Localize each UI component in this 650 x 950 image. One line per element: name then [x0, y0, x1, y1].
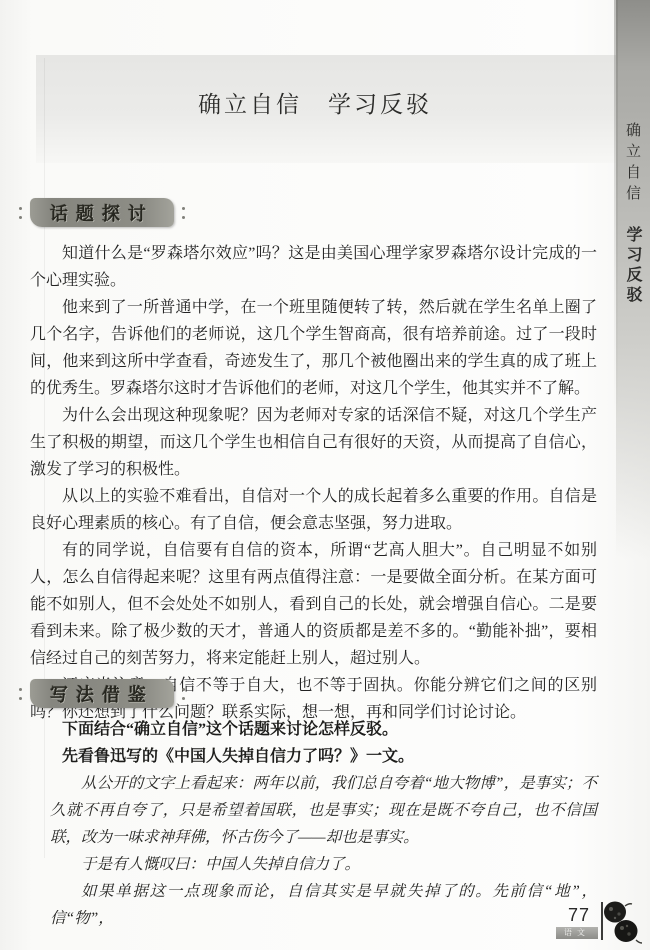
quote-paragraph: 于是有人慨叹曰：中国人失掉自信力了。: [50, 851, 597, 878]
page-number: 77: [568, 905, 590, 926]
subject-label: 语文: [556, 927, 598, 939]
section-badge-topic-discussion: 话题探讨: [30, 198, 174, 227]
intro-line: 先看鲁迅写的《中国人失掉自信力了吗？》一文。: [30, 743, 597, 770]
luxun-essay-quote: 从公开的文字上看起来：两年以前，我们总自夸着“地大物博”，是事实；不久就不再自夸…: [50, 770, 597, 932]
section-badge-writing-reference: 写法借鉴: [30, 679, 174, 708]
paragraph: 从以上的实验不难看出，自信对一个人的成长起着多么重要的作用。自信是良好心理素质的…: [30, 483, 597, 537]
topic-discussion-body: 知道什么是“罗森塔尔效应”吗？这是由美国心理学家罗森塔尔设计完成的一个心理实验。…: [30, 240, 597, 726]
section-badge-label: 话题探讨: [50, 200, 154, 226]
paragraph: 有的同学说，自信要有自信的资本，所谓“艺高人胆大”。自己明显不如别人，怎么自信得…: [30, 537, 597, 672]
paragraph: 知道什么是“罗森塔尔效应”吗？这是由美国心理学家罗森塔尔设计完成的一个心理实验。: [30, 240, 597, 294]
intro-line: 下面结合“确立自信”这个话题来讨论怎样反驳。: [30, 716, 597, 743]
writing-reference-body: 下面结合“确立自信”这个话题来讨论怎样反驳。 先看鲁迅写的《中国人失掉自信力了吗…: [30, 716, 597, 932]
page-title: 确立自信 学习反驳: [20, 86, 610, 119]
quote-paragraph: 从公开的文字上看起来：两年以前，我们总自夸着“地大物博”，是事实；不久就不再自夸…: [50, 770, 597, 851]
paragraph: 他来到了一所普通中学，在一个班里随便转了转，然后就在学生名单上圈了几个名字，告诉…: [30, 294, 597, 402]
section-badge-label: 写法借鉴: [50, 681, 154, 707]
paragraph: 为什么会出现这种现象呢？因为老师对专家的话深信不疑，对这几个学生产生了积极的期望…: [30, 402, 597, 483]
textbook-page: 确立自信 学习反驳 确立自信 学习反驳 话题探讨 知道什么是“罗森塔尔效应”吗？…: [0, 0, 650, 950]
side-tab-lesson-title: 学习反驳: [621, 226, 644, 306]
page-edge-shadow: [614, 0, 618, 420]
side-tab-unit-title: 确立自信: [622, 122, 643, 206]
twin-seals-icon: [598, 898, 644, 950]
quote-paragraph: 如果单据这一点现象而论，自信其实是早就失掉了的。先前信“地”，信“物”，: [50, 878, 597, 932]
